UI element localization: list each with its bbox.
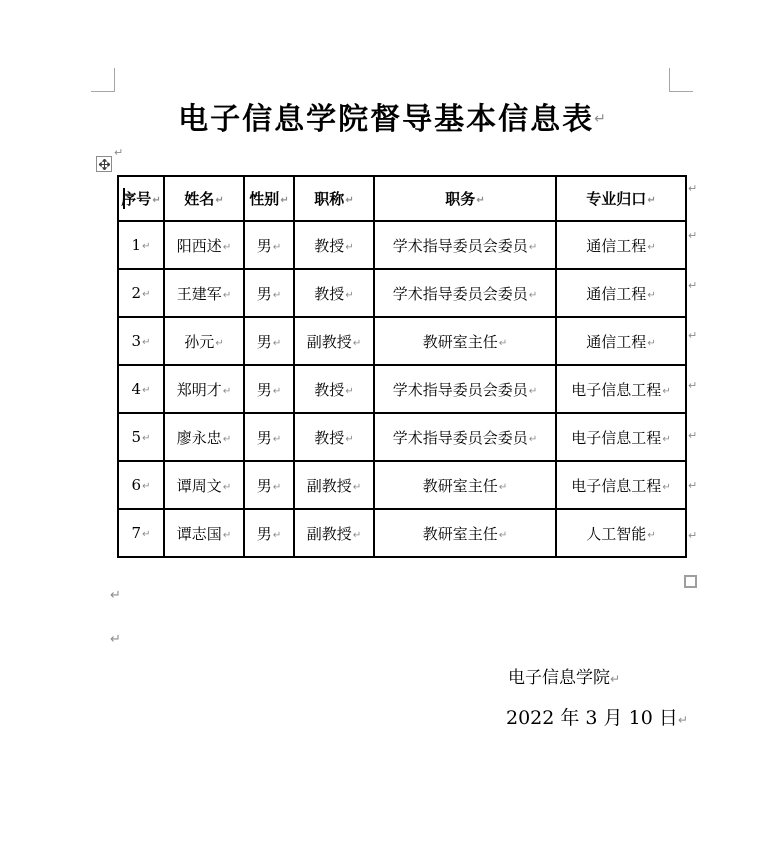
header-cell-name[interactable]: 姓名↵ xyxy=(164,176,244,221)
header-label: 专业归口 xyxy=(586,190,646,208)
table-cell-text: 阳西述 xyxy=(177,237,222,255)
table-cell[interactable]: 男↵ xyxy=(244,317,294,365)
end-of-cell-mark: ↵ xyxy=(647,290,655,301)
table-cell[interactable]: 副教授↵ xyxy=(294,461,374,509)
table-cell-text: 副教授 xyxy=(307,333,352,351)
paragraph-mark: ↵ xyxy=(594,111,606,127)
table-cell-text: 学术指导委员会委员 xyxy=(393,237,528,255)
table-cell[interactable]: 孙元↵ xyxy=(164,317,244,365)
table-cell-text: 1 xyxy=(132,236,142,254)
table-cell-text: 电子信息工程 xyxy=(571,381,661,399)
table-cell-text: 男 xyxy=(257,525,272,543)
supervision-info-table: 序号↵ 姓名↵ 性别↵ 职称↵ 职务↵ 专业归口↵ 1↵阳西述↵男↵教授↵学术指… xyxy=(117,175,687,558)
end-of-cell-mark: ↵ xyxy=(142,241,150,252)
table-cell[interactable]: 通信工程↵ xyxy=(556,221,686,269)
table-cell-text: 教研室主任 xyxy=(423,333,498,351)
table-row: 1↵阳西述↵男↵教授↵学术指导委员会委员↵通信工程↵ xyxy=(118,221,686,269)
end-of-cell-mark: ↵ xyxy=(142,529,150,540)
paragraph-mark: ↵ xyxy=(678,713,688,727)
end-of-cell-mark: ↵ xyxy=(273,434,281,445)
end-of-cell-mark: ↵ xyxy=(647,530,655,541)
table-row: 5↵廖永忠↵男↵教授↵学术指导委员会委员↵电子信息工程↵ xyxy=(118,413,686,461)
document-title-text: 电子信息学院督导基本信息表 xyxy=(178,102,594,137)
end-of-cell-mark: ↵ xyxy=(353,482,361,493)
table-cell-text: 教研室主任 xyxy=(423,525,498,543)
header-label: 姓名 xyxy=(184,190,214,208)
table-cell[interactable]: 人工智能↵ xyxy=(556,509,686,557)
end-of-cell-mark: ↵ xyxy=(142,385,150,396)
end-of-cell-mark: ↵ xyxy=(223,386,231,397)
document-title[interactable]: 电子信息学院督导基本信息表↵ xyxy=(0,94,784,138)
table-cell[interactable]: 谭周文↵ xyxy=(164,461,244,509)
table-row: 6↵谭周文↵男↵副教授↵教研室主任↵电子信息工程↵ xyxy=(118,461,686,509)
end-of-cell-mark: ↵ xyxy=(647,242,655,253)
table-cell-text: 2 xyxy=(132,284,142,302)
table-cell[interactable]: 男↵ xyxy=(244,221,294,269)
end-of-cell-mark: ↵ xyxy=(273,530,281,541)
end-of-cell-mark: ↵ xyxy=(223,290,231,301)
end-of-cell-mark: ↵ xyxy=(142,289,150,300)
table-cell-text: 教授 xyxy=(314,237,344,255)
table-cell-text: 男 xyxy=(257,333,272,351)
table-cell-text: 谭周文 xyxy=(177,477,222,495)
table-cell-text: 6 xyxy=(132,476,142,494)
end-of-row-mark: ↵ xyxy=(688,182,697,195)
table-cell-text: 郑明才 xyxy=(177,381,222,399)
end-of-cell-mark: ↵ xyxy=(529,386,537,397)
table-cell[interactable]: 阳西述↵ xyxy=(164,221,244,269)
end-of-cell-mark: ↵ xyxy=(215,195,223,206)
table-cell[interactable]: 教授↵ xyxy=(294,413,374,461)
end-of-cell-mark: ↵ xyxy=(499,482,507,493)
table-row: 7↵谭志国↵男↵副教授↵教研室主任↵人工智能↵ xyxy=(118,509,686,557)
header-cell-gender[interactable]: 性别↵ xyxy=(244,176,294,221)
end-of-row-mark: ↵ xyxy=(688,429,697,442)
table-cell[interactable]: 副教授↵ xyxy=(294,317,374,365)
end-of-cell-mark: ↵ xyxy=(223,530,231,541)
end-of-cell-mark: ↵ xyxy=(273,482,281,493)
signature-line[interactable]: 电子信息学院↵ xyxy=(508,663,620,688)
end-of-cell-mark: ↵ xyxy=(353,338,361,349)
table-cell-text: 男 xyxy=(257,285,272,303)
table-cell[interactable]: 6↵ xyxy=(118,461,164,509)
paragraph-mark: ↵ xyxy=(110,588,121,603)
table-cell-text: 教授 xyxy=(314,285,344,303)
table-cell[interactable]: 廖永忠↵ xyxy=(164,413,244,461)
date-line[interactable]: 2022 年 3 月 10 日↵ xyxy=(506,703,688,730)
table-cell[interactable]: 教研室主任↵ xyxy=(374,317,556,365)
table-cell-text: 3 xyxy=(132,332,142,350)
table-cell-text: 7 xyxy=(132,524,142,542)
table-cell-text: 王建军 xyxy=(177,285,222,303)
end-of-cell-mark: ↵ xyxy=(273,386,281,397)
header-label: 序号 xyxy=(121,190,151,208)
table-cell[interactable]: 7↵ xyxy=(118,509,164,557)
table-cell[interactable]: 教授↵ xyxy=(294,269,374,317)
table-cell[interactable]: 男↵ xyxy=(244,269,294,317)
table-move-handle[interactable] xyxy=(96,156,112,172)
end-of-cell-mark: ↵ xyxy=(499,338,507,349)
end-of-row-marks: ↵↵↵↵↵↵↵↵ xyxy=(688,175,708,575)
table-row: 4↵郑明才↵男↵教授↵学术指导委员会委员↵电子信息工程↵ xyxy=(118,365,686,413)
end-of-cell-mark: ↵ xyxy=(215,338,223,349)
end-of-cell-mark: ↵ xyxy=(529,434,537,445)
end-of-cell-mark: ↵ xyxy=(142,433,150,444)
table-cell-text: 廖永忠 xyxy=(177,429,222,447)
end-of-row-mark: ↵ xyxy=(688,229,697,242)
table-cell-text: 男 xyxy=(257,381,272,399)
signature-text: 电子信息学院 xyxy=(508,668,610,688)
end-of-cell-mark: ↵ xyxy=(662,434,670,445)
table-cell-text: 男 xyxy=(257,429,272,447)
table-cell[interactable]: 教授↵ xyxy=(294,365,374,413)
end-of-cell-mark: ↵ xyxy=(529,242,537,253)
table-cell[interactable]: 电子信息工程↵ xyxy=(556,413,686,461)
end-of-row-mark: ↵ xyxy=(688,479,697,492)
end-of-cell-mark: ↵ xyxy=(353,530,361,541)
table-cell[interactable]: 教授↵ xyxy=(294,221,374,269)
page-margin-crop-mark-top-right xyxy=(669,68,693,92)
table-cell[interactable]: 男↵ xyxy=(244,461,294,509)
table-cell[interactable]: 通信工程↵ xyxy=(556,317,686,365)
table-header-row: 序号↵ 姓名↵ 性别↵ 职称↵ 职务↵ 专业归口↵ xyxy=(118,176,686,221)
end-of-cell-mark: ↵ xyxy=(142,337,150,348)
table-cell-text: 通信工程 xyxy=(586,333,646,351)
text-cursor xyxy=(123,188,125,209)
end-of-cell-mark: ↵ xyxy=(223,242,231,253)
end-of-cell-mark: ↵ xyxy=(345,290,353,301)
table-cell[interactable]: 1↵ xyxy=(118,221,164,269)
end-of-cell-mark: ↵ xyxy=(142,481,150,492)
header-cell-title[interactable]: 职称↵ xyxy=(294,176,374,221)
end-of-cell-mark: ↵ xyxy=(273,338,281,349)
move-arrows-icon xyxy=(99,155,110,174)
table-cell-text: 教授 xyxy=(314,381,344,399)
end-of-row-mark: ↵ xyxy=(688,529,697,542)
end-of-cell-mark: ↵ xyxy=(152,195,160,206)
table-cell-text: 教授 xyxy=(314,429,344,447)
header-label: 职务 xyxy=(445,190,475,208)
paragraph-mark: ↵ xyxy=(110,632,121,647)
end-of-cell-mark: ↵ xyxy=(662,482,670,493)
end-of-cell-mark: ↵ xyxy=(345,386,353,397)
end-of-cell-mark: ↵ xyxy=(647,195,655,206)
paragraph-mark: ↵ xyxy=(610,672,620,686)
header-cell-major[interactable]: 专业归口↵ xyxy=(556,176,686,221)
end-of-row-mark: ↵ xyxy=(688,379,697,392)
table-cell[interactable]: 学术指导委员会委员↵ xyxy=(374,413,556,461)
table-body: 1↵阳西述↵男↵教授↵学术指导委员会委员↵通信工程↵2↵王建军↵男↵教授↵学术指… xyxy=(118,221,686,557)
table-cell-text: 电子信息工程 xyxy=(571,477,661,495)
table-cell[interactable]: 郑明才↵ xyxy=(164,365,244,413)
table-cell-text: 4 xyxy=(132,380,142,398)
table-cell-text: 孙元 xyxy=(184,333,214,351)
table-cell[interactable]: 3↵ xyxy=(118,317,164,365)
header-cell-position[interactable]: 职务↵ xyxy=(374,176,556,221)
table-cell[interactable]: 学术指导委员会委员↵ xyxy=(374,221,556,269)
table-cell-text: 通信工程 xyxy=(586,237,646,255)
table-resize-handle[interactable] xyxy=(684,575,697,588)
header-label: 职称 xyxy=(314,190,344,208)
end-of-cell-mark: ↵ xyxy=(273,290,281,301)
end-of-cell-mark: ↵ xyxy=(345,242,353,253)
table-cell[interactable]: 男↵ xyxy=(244,509,294,557)
table-row: 2↵王建军↵男↵教授↵学术指导委员会委员↵通信工程↵ xyxy=(118,269,686,317)
table-cell[interactable]: 通信工程↵ xyxy=(556,269,686,317)
table-cell[interactable]: 学术指导委员会委员↵ xyxy=(374,269,556,317)
table-cell[interactable]: 谭志国↵ xyxy=(164,509,244,557)
table-cell-text: 人工智能 xyxy=(586,525,646,543)
end-of-cell-mark: ↵ xyxy=(529,290,537,301)
end-of-cell-mark: ↵ xyxy=(345,434,353,445)
table-cell[interactable]: 电子信息工程↵ xyxy=(556,365,686,413)
table-cell[interactable]: 男↵ xyxy=(244,413,294,461)
end-of-cell-mark: ↵ xyxy=(662,386,670,397)
table-cell-text: 学术指导委员会委员 xyxy=(393,429,528,447)
end-of-cell-mark: ↵ xyxy=(223,434,231,445)
page-margin-crop-mark-top-left xyxy=(91,68,115,92)
table-cell-text: 电子信息工程 xyxy=(571,429,661,447)
table-cell[interactable]: 教研室主任↵ xyxy=(374,509,556,557)
table-cell[interactable]: 4↵ xyxy=(118,365,164,413)
table-cell-text: 教研室主任 xyxy=(423,477,498,495)
table-cell-text: 5 xyxy=(132,428,142,446)
end-of-cell-mark: ↵ xyxy=(476,195,484,206)
end-of-row-mark: ↵ xyxy=(688,279,697,292)
table-cell[interactable]: 副教授↵ xyxy=(294,509,374,557)
table-row: 3↵孙元↵男↵副教授↵教研室主任↵通信工程↵ xyxy=(118,317,686,365)
table-cell-text: 学术指导委员会委员 xyxy=(393,285,528,303)
table-cell[interactable]: 王建军↵ xyxy=(164,269,244,317)
header-label: 性别 xyxy=(249,190,279,208)
paragraph-mark: ↵ xyxy=(114,146,123,159)
table-cell[interactable]: 学术指导委员会委员↵ xyxy=(374,365,556,413)
table-cell-text: 男 xyxy=(257,477,272,495)
table-cell[interactable]: 教研室主任↵ xyxy=(374,461,556,509)
table-cell[interactable]: 电子信息工程↵ xyxy=(556,461,686,509)
table-cell[interactable]: 5↵ xyxy=(118,413,164,461)
end-of-cell-mark: ↵ xyxy=(223,482,231,493)
table-cell-text: 谭志国 xyxy=(177,525,222,543)
table-cell-text: 通信工程 xyxy=(586,285,646,303)
table-cell-text: 学术指导委员会委员 xyxy=(393,381,528,399)
end-of-cell-mark: ↵ xyxy=(499,530,507,541)
end-of-cell-mark: ↵ xyxy=(647,338,655,349)
table-cell-text: 副教授 xyxy=(307,477,352,495)
end-of-row-mark: ↵ xyxy=(688,329,697,342)
table-cell-text: 副教授 xyxy=(307,525,352,543)
table-cell[interactable]: 2↵ xyxy=(118,269,164,317)
date-text: 2022 年 3 月 10 日 xyxy=(506,707,678,729)
end-of-cell-mark: ↵ xyxy=(280,195,288,206)
end-of-cell-mark: ↵ xyxy=(273,242,281,253)
table-cell-text: 男 xyxy=(257,237,272,255)
end-of-cell-mark: ↵ xyxy=(345,195,353,206)
table-cell[interactable]: 男↵ xyxy=(244,365,294,413)
